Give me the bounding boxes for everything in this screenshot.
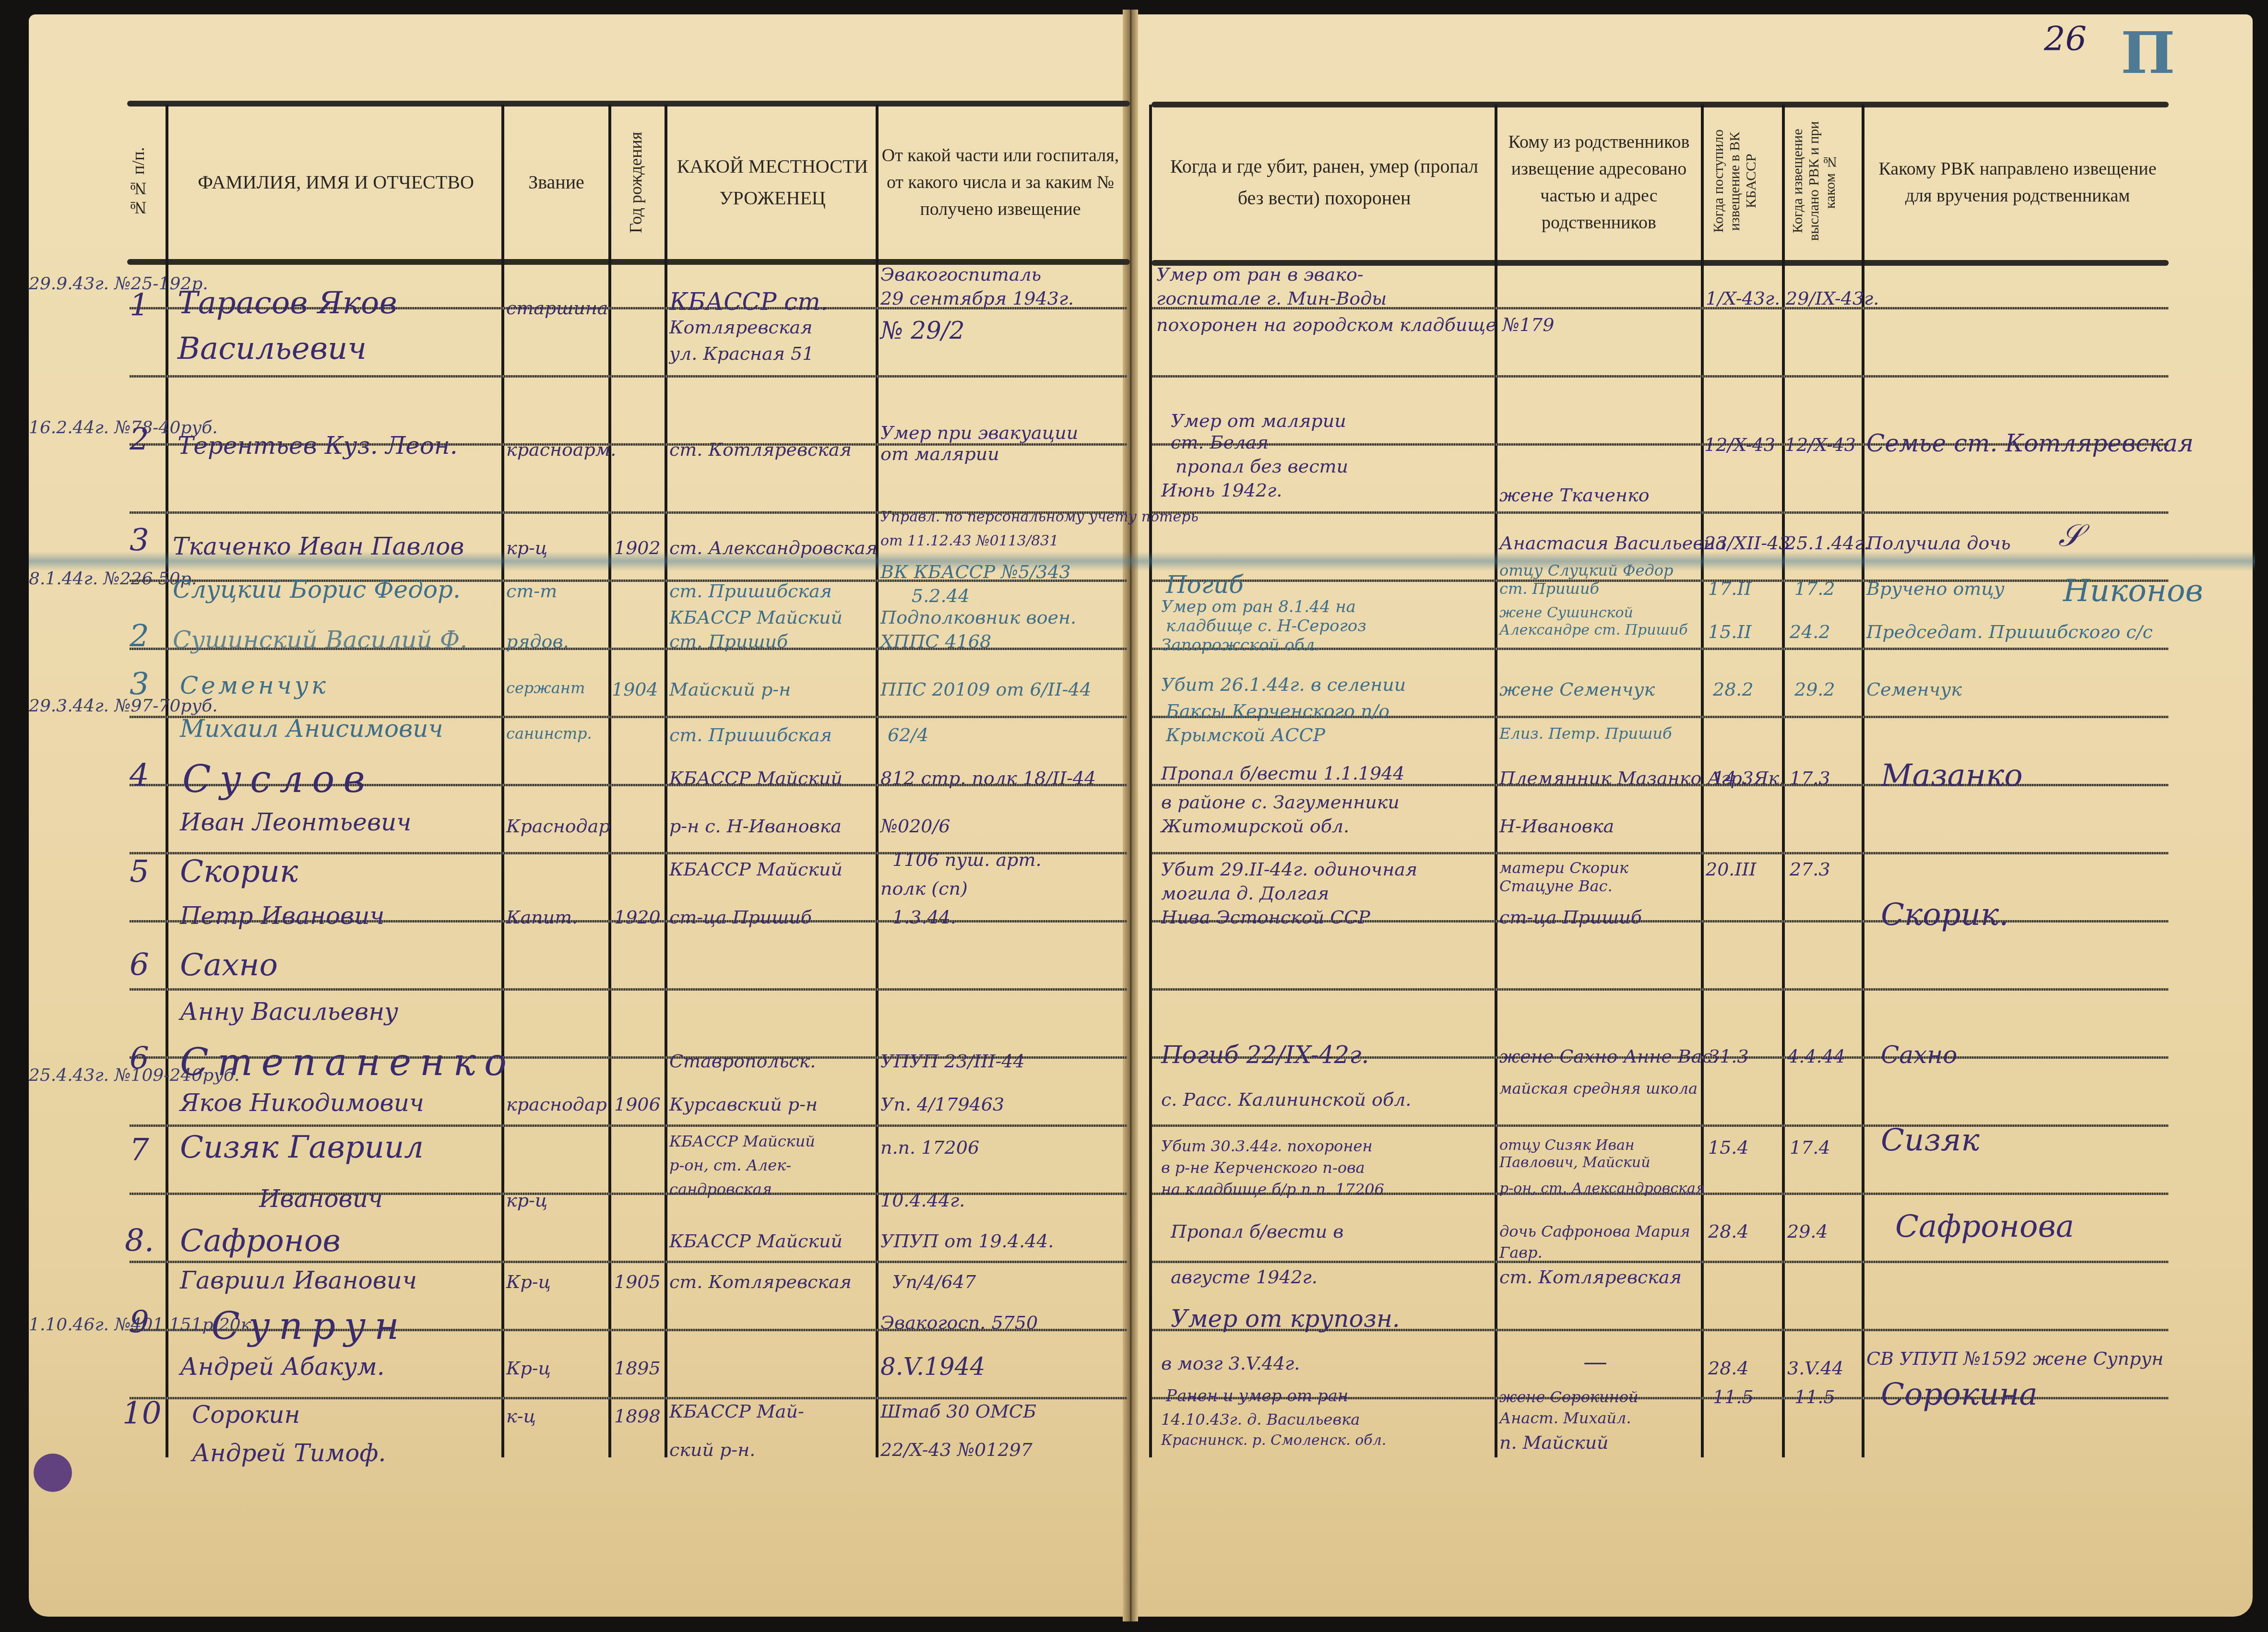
record-received: 15.II xyxy=(1708,621,1751,642)
record-rank: кр-ц xyxy=(506,537,547,558)
record-rank: Капит. xyxy=(506,907,578,928)
record-death: с. Расс. Калининской обл. xyxy=(1161,1089,1411,1110)
record-received: 15.4 xyxy=(1708,1137,1749,1158)
record-name: Терентьев Куз. Леон. xyxy=(178,432,458,460)
book-spine xyxy=(1123,10,1138,1621)
record-source: полк (сп) xyxy=(880,878,968,899)
record-name: Гавриил Иванович xyxy=(180,1266,417,1294)
record-num: 2 xyxy=(130,619,149,654)
record-origin: КБАССР Майский xyxy=(669,1132,815,1150)
record-death: Убит 30.3.44г. похоронен xyxy=(1161,1137,1372,1155)
record-name: Сафронов xyxy=(180,1223,341,1259)
record-origin: сандровская xyxy=(669,1180,772,1198)
record-source: 29 сентября 1943г. xyxy=(880,288,1074,309)
page-number: 26 xyxy=(2044,19,2087,59)
header-rvk: Какому РВК направлено извещение для вруч… xyxy=(1869,110,2166,254)
record-sent: 29.2 xyxy=(1794,679,1835,700)
record-received: 28.4 xyxy=(1708,1221,1749,1242)
header-top-rule-right xyxy=(1152,102,2169,107)
record-origin: Ставропольск. xyxy=(669,1051,816,1072)
record-relative: жене Сахно Анне Вас. xyxy=(1499,1046,1718,1067)
record-sent: 3.V.44 xyxy=(1787,1358,1844,1379)
record-name: Сорокин xyxy=(192,1401,300,1429)
record-rank: санинстр. xyxy=(506,724,592,743)
record-relative: р-он, ст. Александровская xyxy=(1499,1180,1705,1197)
record-source: УПУП от 19.4.44. xyxy=(880,1230,1054,1252)
record-name: Яков Никодимович xyxy=(180,1089,424,1117)
record-death: на кладбище б/р п.п. 17206 xyxy=(1161,1180,1384,1198)
record-year: 1905 xyxy=(614,1271,661,1292)
record-num: 2 xyxy=(130,422,149,458)
record-death: Умер от ран 8.1.44 на xyxy=(1161,597,1356,616)
record-num: 10 xyxy=(122,1396,161,1431)
header-relative: Кому из родственников извещение адресова… xyxy=(1499,110,1698,254)
record-death: Пропал б/вести в xyxy=(1171,1221,1343,1242)
record-death: Умер от крупозн. xyxy=(1171,1305,1400,1333)
record-source: ППС 20109 от 6/II-44 xyxy=(880,679,1092,700)
record-sent: 12/X-43 xyxy=(1785,434,1856,455)
record-rank: старшина xyxy=(506,297,608,319)
record-death: похоронен на городском кладбище №179 xyxy=(1156,314,1554,335)
ruled-line xyxy=(130,375,1128,378)
record-name: Иван Леонтьевич xyxy=(180,808,411,836)
record-name: Петр Иванович xyxy=(180,902,384,930)
record-source: 1106 пуш. арт. xyxy=(892,849,1042,870)
signature: Никонов xyxy=(2063,573,2203,609)
record-death: в р-не Керченского п-ова xyxy=(1161,1159,1365,1177)
record-origin: ул. Красная 51 xyxy=(669,343,814,364)
record-source: ХППС 4168 xyxy=(880,631,991,652)
record-death: Запорожской обл. xyxy=(1161,636,1320,655)
record-origin: Котляревская xyxy=(669,317,812,338)
record-death: Краснинск. р. Смоленск. обл. xyxy=(1161,1432,1386,1449)
record-name: Сахно xyxy=(180,947,278,983)
record-name: Сушинский Василий Ф. xyxy=(173,626,467,654)
record-num: 3 xyxy=(130,667,149,702)
ruled-line xyxy=(130,988,1128,991)
record-origin: КБАССР Май- xyxy=(669,1401,804,1422)
ink-blot xyxy=(34,1454,72,1492)
record-source: Подполковник воен. xyxy=(880,607,1076,628)
signature: 𝒮 xyxy=(2058,518,2082,554)
record-name: Васильевич xyxy=(178,331,367,367)
record-sent: 4.4.44 xyxy=(1787,1046,1845,1067)
record-num: 4 xyxy=(130,758,149,793)
record-death: Умер от малярии xyxy=(1171,410,1346,431)
record-death: Нива Эстонской ССР xyxy=(1161,907,1370,928)
record-sent: 27.3 xyxy=(1790,859,1830,880)
record-origin: ст. Александровская xyxy=(669,537,878,558)
record-received: 28.4 xyxy=(1708,1358,1749,1379)
record-name: Суслов xyxy=(182,758,374,801)
record-rank: Краснодар xyxy=(506,816,610,837)
record-source: №020/6 xyxy=(880,816,950,837)
record-received: 11.5 xyxy=(1713,1386,1754,1407)
record-rank: Кр-ц xyxy=(506,1358,551,1379)
record-name: Сизяк Гавриил xyxy=(180,1130,424,1165)
record-sent: 17.4 xyxy=(1790,1137,1830,1158)
record-origin: ст. Котляревская xyxy=(669,439,852,460)
ruled-line xyxy=(1152,375,2169,378)
record-relative: жене Ткаченко xyxy=(1499,485,1650,506)
header-top-rule xyxy=(127,101,1130,106)
record-num: 7 xyxy=(130,1132,149,1168)
record-origin: КБАССР Майский xyxy=(669,768,843,789)
record-rvk: Сафронова xyxy=(1895,1209,2074,1244)
record-year: 1898 xyxy=(614,1406,661,1427)
record-received: 31.3 xyxy=(1708,1046,1749,1067)
record-origin: КБАССР Майский xyxy=(669,1230,843,1252)
record-death: Житомирской обл. xyxy=(1161,816,1349,837)
record-origin: ский р-н. xyxy=(669,1439,755,1460)
record-rank: к-ц xyxy=(506,1406,536,1427)
record-rank: кр-ц xyxy=(506,1190,547,1211)
record-relative: жене Сушинской Александре ст. Пришиб xyxy=(1499,604,1701,639)
corner-mark: П xyxy=(2121,19,2175,87)
record-rvk: Председат. Пришибского с/с xyxy=(1866,621,2153,642)
header-name: ФАМИЛИЯ, ИМЯ И ОТЧЕСТВО xyxy=(170,110,501,254)
record-source: 10.4.44г. xyxy=(880,1190,965,1211)
record-name: Степаненко xyxy=(180,1041,515,1084)
record-source: Эвакогоспиталь xyxy=(880,264,1041,285)
record-name: Анну Васильевну xyxy=(180,998,398,1026)
record-origin: ст. Котляревская xyxy=(669,1271,852,1292)
record-name: Тарасов Яков xyxy=(178,285,397,321)
record-received: 28.2 xyxy=(1713,679,1754,700)
record-origin: Майский р-н xyxy=(669,679,791,700)
record-death: августе 1942г. xyxy=(1171,1266,1318,1288)
record-death: в районе с. Загуменники xyxy=(1161,792,1400,813)
record-relative: Н-Ивановка xyxy=(1499,816,1614,837)
record-name: Ткаченко Иван Павлов xyxy=(173,532,464,560)
record-year: 1906 xyxy=(614,1094,661,1115)
record-received: 23/XII-43 xyxy=(1704,532,1790,554)
ruled-line xyxy=(1152,852,2169,854)
record-rvk: СВ УПУП №1592 жене Супрун xyxy=(1866,1348,2163,1369)
record-name: Слуцкий Борис Федор. xyxy=(173,576,461,603)
record-source: 8.V.1944 xyxy=(880,1353,985,1381)
ruled-line xyxy=(1152,511,2169,514)
record-origin: КБАССР ст. xyxy=(669,288,828,316)
record-origin: ст-ца Пришиб xyxy=(669,907,812,928)
header-source: От какой части или госпиталя, от какого … xyxy=(880,110,1120,254)
record-relative: п. Майский xyxy=(1499,1432,1609,1453)
record-received: 17.II xyxy=(1708,578,1751,599)
record-year: 1904 xyxy=(612,679,658,700)
record-source: Уп. 4/179463 xyxy=(880,1094,1004,1115)
record-name: Супрун xyxy=(211,1305,408,1348)
record-rvk: Сорокина xyxy=(1881,1377,2038,1412)
record-num: 5 xyxy=(130,854,149,889)
record-relative: жене Семенчук xyxy=(1499,679,1655,700)
header-sent: Когда извещение выслано РВК и при каком … xyxy=(1790,108,1852,254)
record-origin: Курсавский р-н xyxy=(669,1094,818,1115)
record-relative: — xyxy=(1583,1348,1607,1376)
record-source: 812 стр. полк 18/II-44 xyxy=(880,768,1096,789)
record-sent: 29.4 xyxy=(1787,1221,1828,1242)
record-source: 62/4 xyxy=(888,724,928,745)
record-origin: КБАССР Майский xyxy=(669,859,843,880)
record-relative: отцу Сизяк Иван Павлович, Майский xyxy=(1499,1137,1701,1171)
record-origin: КБАССР Майский xyxy=(669,607,843,628)
ruled-line xyxy=(130,1261,1128,1263)
record-sent: 29/IX-43г. xyxy=(1786,288,1879,309)
record-num: 8. xyxy=(125,1223,154,1259)
header-origin: КАКОЙ МЕСТНОСТИ УРОЖЕНЕЦ xyxy=(672,110,873,254)
record-sent: 11.5 xyxy=(1794,1386,1835,1407)
record-name: Иванович xyxy=(259,1185,383,1213)
record-received: 12/X-43 xyxy=(1704,434,1775,455)
record-rank: сержант xyxy=(506,679,585,697)
record-relative: матери Скорик Стацуне Вас. xyxy=(1499,859,1701,895)
record-origin: ст. Пришибская xyxy=(669,724,832,745)
header-received: Когда поступило извещение в ВК КБАССР xyxy=(1710,108,1773,254)
ruled-line xyxy=(130,1124,1128,1127)
record-source: п.п. 17206 xyxy=(880,1137,979,1158)
record-year: 1895 xyxy=(614,1358,661,1379)
record-death: Погиб xyxy=(1166,571,1244,599)
record-rvk: Семенчук xyxy=(1866,679,1962,700)
record-death: госпитале г. Мин-Воды xyxy=(1156,288,1387,309)
record-num: 3 xyxy=(130,523,149,558)
record-source: Умер при эвакуации от малярии xyxy=(880,422,1111,464)
record-death: пропал без вести xyxy=(1176,456,1348,477)
record-name: Михаил Анисимович xyxy=(180,715,443,743)
record-source: 1.3.44. xyxy=(892,907,956,928)
record-death: ст. Белая xyxy=(1171,432,1269,453)
record-num: 9 xyxy=(130,1305,149,1340)
record-death: Погиб 22/IX-42г. xyxy=(1161,1041,1369,1069)
header-death: Когда и где убит, ранен, умер (пропал бе… xyxy=(1156,110,1492,254)
ruled-line xyxy=(130,1397,1128,1399)
record-num: 1 xyxy=(130,288,149,323)
record-death: Убит 29.II-44г. одиночная xyxy=(1161,859,1417,880)
record-relative: майская средняя школа xyxy=(1499,1079,1698,1098)
record-sent: 17.2 xyxy=(1794,578,1835,599)
record-death: Убит 26.1.44г. в селении xyxy=(1161,674,1406,695)
record-relative: дочь Сафронова Мария Гавр. xyxy=(1499,1221,1701,1263)
record-relative: Анастасия Васильевна xyxy=(1499,532,1726,554)
record-rank: рядов. xyxy=(506,631,569,652)
record-source: Штаб 30 ОМСБ xyxy=(880,1401,1036,1422)
record-death: Пропал б/вести 1.1.1944 xyxy=(1161,763,1404,784)
record-rank: Кр-ц xyxy=(506,1271,551,1292)
record-sent: 25.1.44г. xyxy=(1785,532,1869,554)
record-relative: жене Сорокиной Анаст. Михайл. xyxy=(1499,1386,1701,1429)
record-death: Ранен и умер от ран xyxy=(1166,1386,1348,1406)
record-received: 14.3 xyxy=(1713,768,1754,789)
record-received: 20.III xyxy=(1706,859,1756,880)
record-margin-note: 8.1.44г. №226 50р. xyxy=(29,568,197,590)
record-death: могила д. Долгая xyxy=(1161,883,1329,904)
record-name: Андрей Тимоф. xyxy=(192,1439,386,1467)
record-origin: р-он, ст. Алек- xyxy=(669,1156,791,1174)
record-sent: 17.3 xyxy=(1790,768,1830,789)
record-rvk: Семье ст. Котляревская xyxy=(1866,429,2194,457)
record-source: УПУП 23/III-44 xyxy=(880,1051,1025,1072)
ruled-line xyxy=(1152,988,2169,991)
record-death: кладбище с. Н-Серогоз xyxy=(1166,616,1366,636)
record-name: Скорик xyxy=(180,854,298,889)
record-rvk: Мазанко xyxy=(1881,758,2023,793)
record-sent: 24.2 xyxy=(1790,621,1830,642)
record-rvk: Сизяк xyxy=(1881,1123,1980,1158)
record-name: Андрей Абакум. xyxy=(180,1353,385,1381)
record-source: 5.2.44 xyxy=(912,585,970,606)
record-rank: краснодар xyxy=(506,1094,607,1115)
record-death: в мозг 3.V.44г. xyxy=(1161,1353,1300,1374)
record-death: 14.10.43г. д. Васильевка xyxy=(1161,1410,1360,1429)
record-relative: ст. Котляревская xyxy=(1499,1266,1682,1288)
record-rank: ст-т xyxy=(506,580,557,602)
record-num: 6 xyxy=(130,947,149,983)
record-death: Умер от ран в эвако- xyxy=(1156,264,1364,285)
record-rvk: Скорик. xyxy=(1881,897,2008,933)
record-origin: ст. Пришибская xyxy=(669,580,832,602)
record-death: Июнь 1942г. xyxy=(1161,480,1282,501)
record-source: от 11.12.43 №0113/831 xyxy=(880,532,1058,549)
record-name: Семенчук xyxy=(180,672,329,699)
record-death: Баксы Керченского п/о xyxy=(1166,700,1389,721)
record-rvk: Получила дочь xyxy=(1866,532,2011,554)
record-source: № 29/2 xyxy=(880,317,965,344)
header-rank: Звание xyxy=(504,110,608,254)
record-source: Уп/4/647 xyxy=(892,1271,976,1292)
record-source: 22/X-43 №01297 xyxy=(880,1439,1033,1460)
header-num: №№ п/п. xyxy=(129,110,148,254)
header-birth-year: Год рождения xyxy=(626,110,645,254)
ruled-line xyxy=(1152,1124,2169,1127)
record-relative: отцу Слуцкий Федор ст. Пришиб xyxy=(1499,561,1701,598)
record-death: Крымской АССР xyxy=(1166,724,1325,745)
record-rank: красноарм. xyxy=(506,439,616,460)
record-relative: ст-ца Пришиб xyxy=(1499,907,1642,928)
record-source: Эвакогосп. 5750 xyxy=(880,1312,1038,1333)
record-origin: ст. Пришиб xyxy=(669,631,788,652)
record-received: 1/X-43г. xyxy=(1706,288,1780,309)
record-relative: Елиз. Петр. Пришиб xyxy=(1499,724,1672,743)
record-rvk: Сахно xyxy=(1881,1041,1957,1069)
record-year: 1920 xyxy=(614,907,661,928)
record-origin: р-н с. Н-Ивановка xyxy=(669,816,842,837)
record-rvk: Вручено отцу xyxy=(1866,578,2005,599)
record-year: 1902 xyxy=(614,537,661,558)
record-source: Управл. по персональному учету потерь xyxy=(880,509,1199,525)
record-num: 6 xyxy=(130,1041,149,1076)
record-source: ВК КБАССР №5/343 xyxy=(880,561,1071,582)
